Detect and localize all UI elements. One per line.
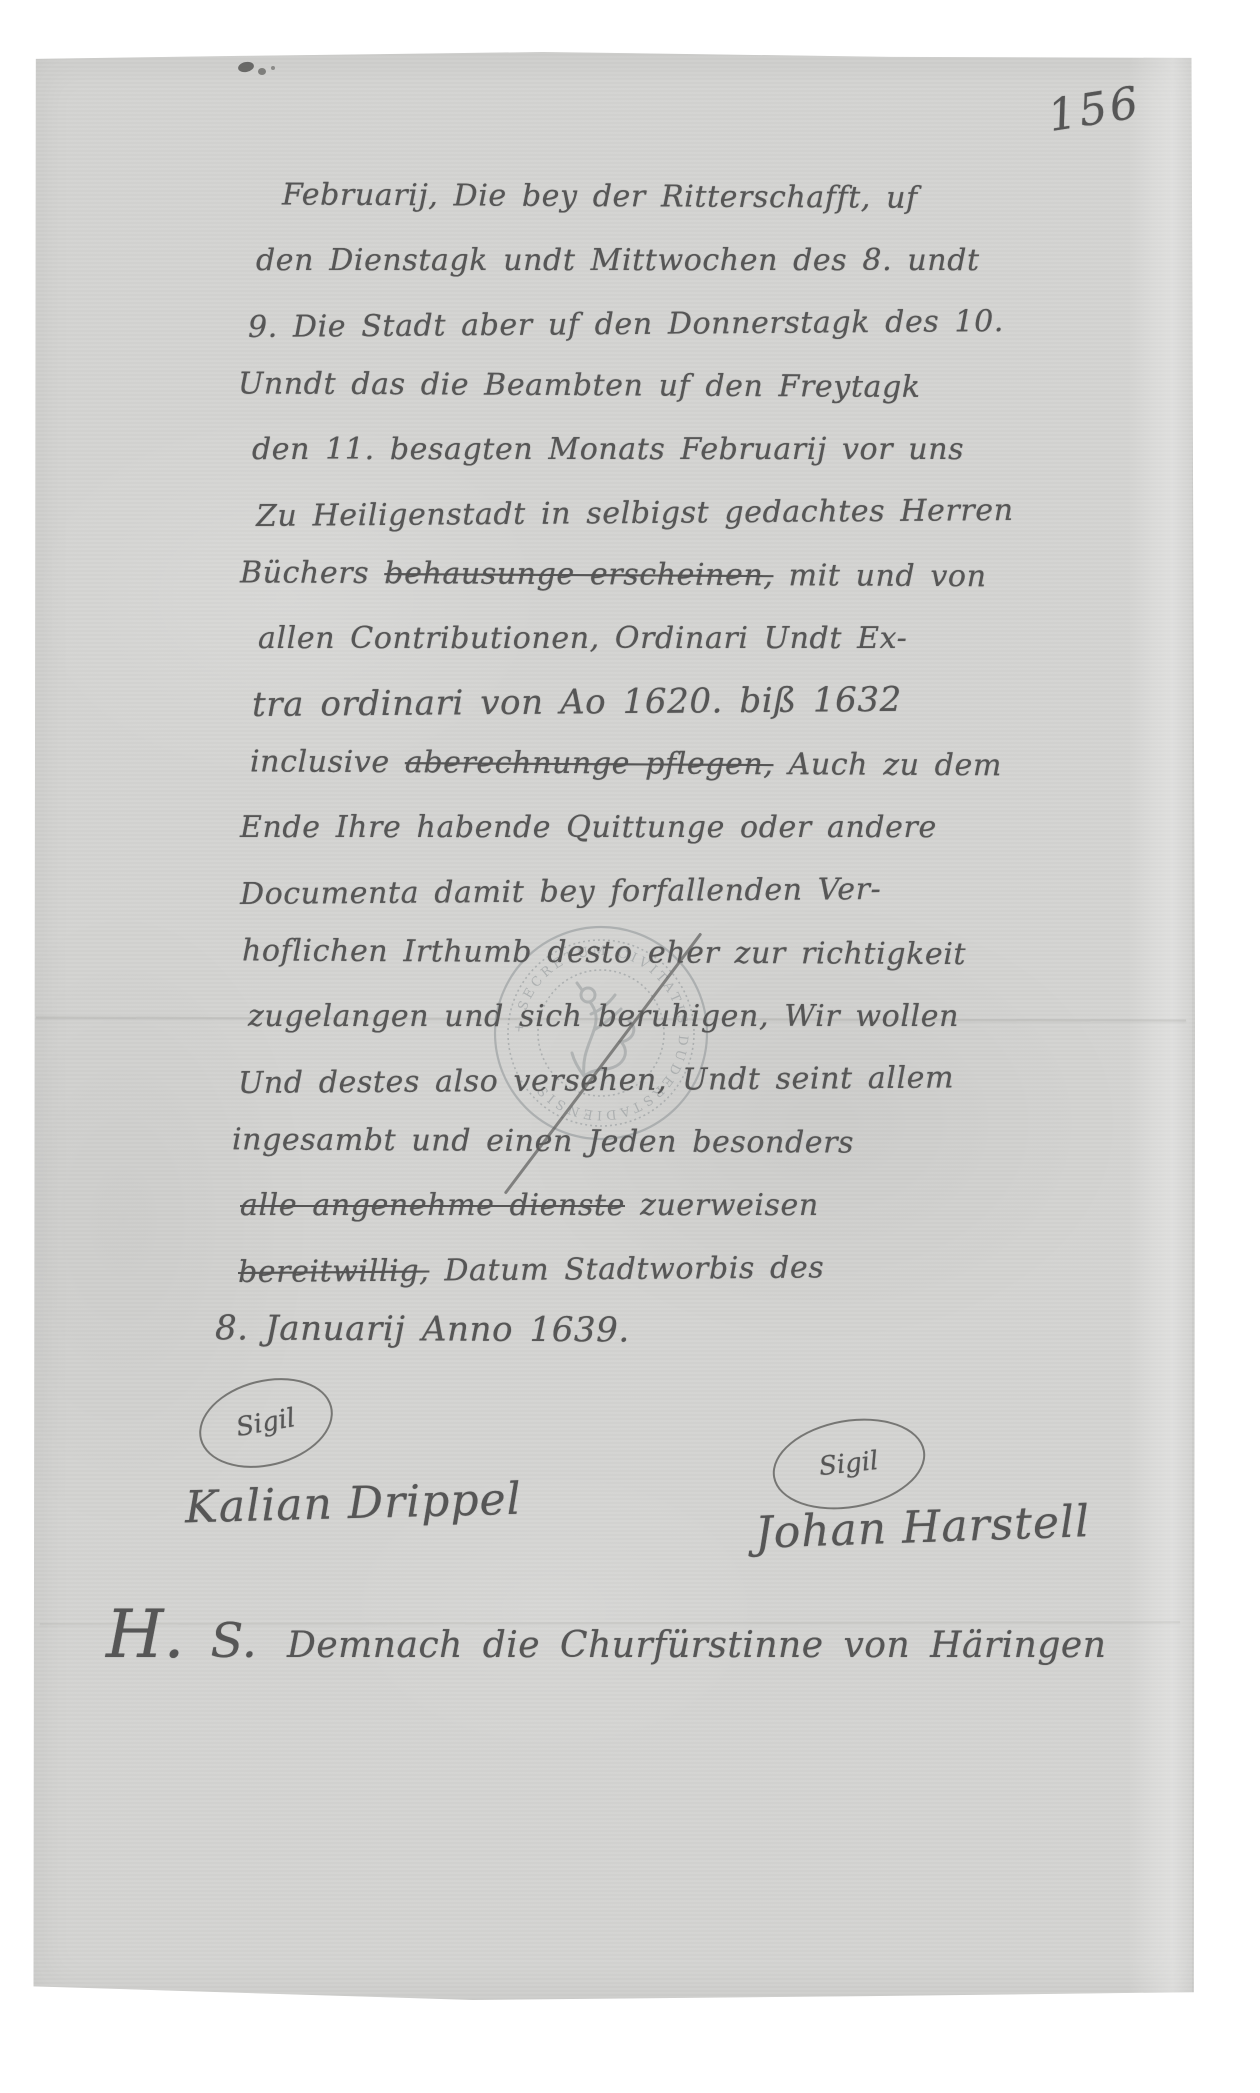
handwritten-text: Documenta damit bey forfallenden Ver- xyxy=(240,872,882,912)
handwritten-text: hoflichen Irthumb desto eher zur richtig… xyxy=(242,933,966,972)
manuscript-line: bereitwillig, Datum Stadtworbis des xyxy=(238,1233,1260,1304)
handwritten-text: Büchers xyxy=(240,555,385,591)
handwritten-text: 8. Januarij Anno 1639. xyxy=(215,1308,630,1350)
manuscript-line: hoflichen Irthumb desto eher zur richtig… xyxy=(242,919,1260,987)
manuscript-line: alle angenehme dienste zuerweisen xyxy=(240,1174,1260,1237)
sigil-label: Sigil xyxy=(818,1446,880,1482)
ink-blot xyxy=(271,66,275,70)
manuscript-line: tra ordinari von Ao 1620. biß 1632 xyxy=(252,666,1260,737)
manuscript-line: Documenta damit bey forfallenden Ver- xyxy=(240,855,1260,926)
manuscript-line: Unndt das die Beambten uf den Freytagk xyxy=(238,352,1260,420)
handwritten-text: Auch zu dem xyxy=(773,747,1002,783)
manuscript-line: inclusive aberechnunge pflegen, Auch zu … xyxy=(250,730,1260,798)
manuscript-line: zugelangen und sich beruhigen, Wir wolle… xyxy=(248,985,1260,1048)
manuscript-line: Büchers behausunge erscheinen, mit und v… xyxy=(240,541,1260,609)
handwritten-text: zugelangen und sich beruhigen, Wir wolle… xyxy=(248,999,959,1034)
handwritten-text: mit und von xyxy=(773,558,986,594)
handwritten-text: tra ordinari von Ao 1620. biß 1632 xyxy=(252,680,902,725)
handwritten-text: Unndt das die Beambten uf den Freytagk xyxy=(238,366,921,405)
ink-blot xyxy=(258,68,266,75)
manuscript-text: Februarij, Die bey der Ritterschafft, uf… xyxy=(0,166,1260,1363)
handwritten-text: zuerweisen xyxy=(625,1188,819,1223)
manuscript-line: allen Contributionen, Ordinari Undt Ex- xyxy=(258,607,1260,670)
handwritten-text: Und destes also versehen, Undt seint all… xyxy=(238,1060,954,1101)
manuscript-line: den 11. besagten Monats Februarij vor un… xyxy=(252,418,1260,481)
struck-text: bereitwillig, xyxy=(238,1254,430,1291)
manuscript-line: den Dienstagk undt Mittwochen des 8. und… xyxy=(256,229,1260,292)
signature-left-name: Kalian Drippel xyxy=(184,1474,522,1534)
sigil-label: Sigil xyxy=(234,1403,298,1443)
handwritten-text: den 11. besagten Monats Februarij vor un… xyxy=(252,432,964,467)
handwritten-text: Datum Stadtworbis des xyxy=(429,1250,824,1288)
handwritten-text: Zu Heiligenstadt in selbigst gedachtes H… xyxy=(256,493,1014,534)
handwritten-text: inclusive xyxy=(250,744,405,780)
annotation-text: Demnach die Churfürstinne von Häringen xyxy=(287,1625,1106,1666)
annotation-initial-s: S. xyxy=(211,1613,257,1669)
manuscript-line: Zu Heiligenstadt in selbigst gedachtes H… xyxy=(256,477,1260,548)
struck-text: behausunge erscheinen, xyxy=(384,556,773,593)
annotation-initial-h: H. xyxy=(106,1596,185,1673)
handwritten-text: den Dienstagk undt Mittwochen des 8. und… xyxy=(256,243,980,278)
handwritten-text: 9. Die Stadt aber uf den Donnerstagk des… xyxy=(248,304,1004,345)
manuscript-line: 9. Die Stadt aber uf den Donnerstagk des… xyxy=(248,288,1260,359)
manuscript-line: Ende Ihre habende Quittunge oder andere xyxy=(240,796,1260,859)
manuscript-line: 8. Januarij Anno 1639. xyxy=(215,1297,1260,1365)
handwritten-text: Februarij, Die bey der Ritterschafft, uf xyxy=(282,177,918,215)
struck-text: aberechnunge pflegen, xyxy=(405,745,774,782)
manuscript-line: Und destes also versehen, Undt seint all… xyxy=(238,1044,1260,1115)
manuscript-line: ingesambt und einen Jeden besonders xyxy=(232,1108,1260,1176)
struck-text: alle angenehme dienste xyxy=(240,1188,625,1223)
marginal-annotation: H. S. Demnach die Churfürstinne von Häri… xyxy=(106,1596,1106,1673)
handwritten-text: allen Contributionen, Ordinari Undt Ex- xyxy=(258,621,907,656)
manuscript-line: Februarij, Die bey der Ritterschafft, uf xyxy=(282,163,1260,231)
handwritten-text: Ende Ihre habende Quittunge oder andere xyxy=(240,810,937,845)
